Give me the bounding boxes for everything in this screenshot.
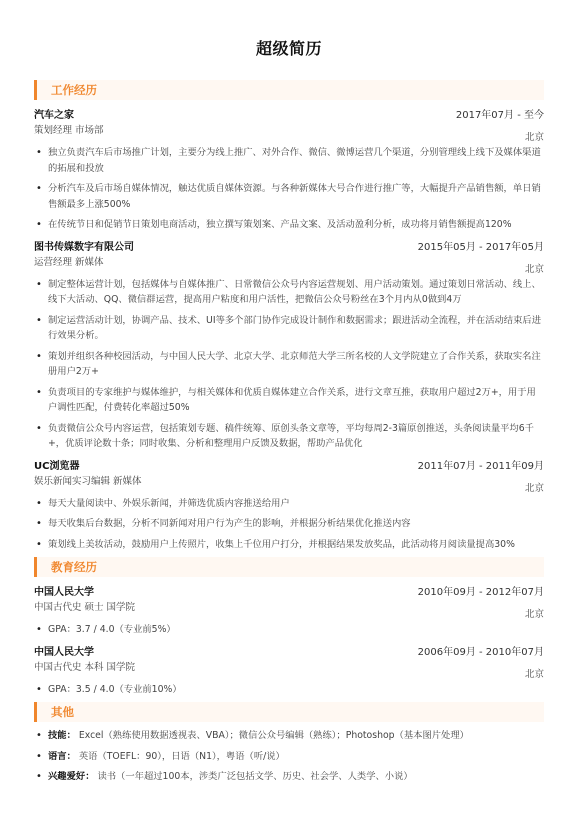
- school-name: 中国人民大学: [34, 643, 94, 658]
- other-list: 技能： Excel（熟练使用数据透视表、VBA）；微信公众号编辑（熟练）；Pho…: [34, 728, 544, 785]
- date-range: 2011年07月 - 2011年09月: [418, 457, 544, 472]
- bullet-item: 制定运营活动计划，协调产品、技术、UI等多个部门协作完成设计制作和数据需求；跟进…: [34, 313, 544, 344]
- work-entry: 汽车之家 2017年07月 - 至今 策划经理 市场部 北京 独立负责汽车后市场…: [34, 106, 544, 233]
- education-entry: 中国人民大学 2006年09月 - 2010年07月 中国古代史 本科 国学院 …: [34, 643, 544, 698]
- hobbies-item: 兴趣爱好： 读书（一年超过100本，涉类广泛包括文学、历史、社会学、人类学、小说…: [34, 769, 544, 785]
- section-title-education: 教育经历: [51, 559, 97, 575]
- item-label: 兴趣爱好：: [48, 771, 95, 782]
- job-role: 娱乐新闻实习编辑 新媒体: [34, 473, 142, 487]
- item-label: 技能：: [48, 730, 76, 741]
- education-entry: 中国人民大学 2010年09月 - 2012年07月 中国古代史 硕士 国学院 …: [34, 583, 544, 638]
- job-role: 运营经理 新媒体: [34, 254, 104, 268]
- bullet-item: GPA：3.7 / 4.0（专业前5%）: [34, 622, 544, 638]
- resume-page: 超级简历 工作经历 汽车之家 2017年07月 - 至今 策划经理 市场部 北京…: [0, 0, 580, 830]
- bullet-item: 负责微信公众号内容运营，包括策划专题、稿件统筹、原创头条文章等，平均每周2-3篇…: [34, 421, 544, 452]
- work-entry: UC浏览器 2011年07月 - 2011年09月 娱乐新闻实习编辑 新媒体 北…: [34, 457, 544, 553]
- section-header-education: 教育经历: [34, 557, 544, 577]
- date-range: 2017年07月 - 至今: [456, 106, 544, 121]
- degree: 中国古代史 硕士 国学院: [34, 599, 135, 613]
- resume-title: 超级简历: [34, 0, 544, 80]
- bullet-item: 每天收集后台数据，分析不同新闻对用户行为产生的影响，并根据分析结果优化推送内容: [34, 516, 544, 532]
- bullet-item: 每天大量阅读中、外娱乐新闻，并筛选优质内容推送给用户: [34, 496, 544, 512]
- bullet-item: 策划并组织各种校园活动，与中国人民大学、北京大学、北京师范大学三所名校的人文学院…: [34, 349, 544, 380]
- work-entry: 图书传媒数字有限公司 2015年05月 - 2017年05月 运营经理 新媒体 …: [34, 238, 544, 452]
- item-text: 英语（TOEFL：90），日语（N1），粤语（听/说）: [76, 751, 285, 762]
- section-header-work: 工作经历: [34, 80, 544, 100]
- bullet-list: GPA：3.7 / 4.0（专业前5%）: [34, 622, 544, 638]
- bullet-item: 负责项目的专家维护与媒体维护，与相关媒体和优质自媒体建立合作关系，进行文章互推，…: [34, 385, 544, 416]
- bullet-list: 每天大量阅读中、外娱乐新闻，并筛选优质内容推送给用户 每天收集后台数据，分析不同…: [34, 496, 544, 553]
- city: 北京: [525, 666, 544, 680]
- company-name: 图书传媒数字有限公司: [34, 238, 134, 253]
- city: 北京: [525, 129, 544, 143]
- city: 北京: [525, 261, 544, 275]
- date-range: 2006年09月 - 2010年07月: [418, 643, 544, 658]
- date-range: 2010年09月 - 2012年07月: [418, 583, 544, 598]
- item-text: Excel（熟练使用数据透视表、VBA）；微信公众号编辑（熟练）；Photosh…: [76, 730, 469, 741]
- language-item: 语言： 英语（TOEFL：90），日语（N1），粤语（听/说）: [34, 749, 544, 765]
- bullet-item: GPA：3.5 / 4.0（专业前10%）: [34, 682, 544, 698]
- bullet-item: 分析汽车及后市场自媒体情况，触达优质自媒体资源。与各种新媒体大号合作进行推广等，…: [34, 181, 544, 212]
- bullet-list: 独立负责汽车后市场推广计划，主要分为线上推广、对外合作、微信、微博运营几个渠道，…: [34, 145, 544, 233]
- job-role: 策划经理 市场部: [34, 122, 104, 136]
- skills-item: 技能： Excel（熟练使用数据透视表、VBA）；微信公众号编辑（熟练）；Pho…: [34, 728, 544, 744]
- section-title-work: 工作经历: [51, 82, 97, 98]
- bullet-item: 在传统节日和促销节日策划电商活动，独立撰写策划案、产品文案、及活动盈利分析，成功…: [34, 217, 544, 233]
- company-name: UC浏览器: [34, 457, 79, 472]
- bullet-item: 独立负责汽车后市场推广计划，主要分为线上推广、对外合作、微信、微博运营几个渠道，…: [34, 145, 544, 176]
- bullet-item: 策划线上美妆活动，鼓励用户上传照片，收集上千位用户打分，并根据结果发放奖品，此活…: [34, 537, 544, 553]
- school-name: 中国人民大学: [34, 583, 94, 598]
- city: 北京: [525, 480, 544, 494]
- section-title-other: 其他: [51, 704, 74, 720]
- bullet-list: 制定整体运营计划，包括媒体与自媒体推广、日常微信公众号内容运营规划、用户活动策划…: [34, 277, 544, 452]
- bullet-list: GPA：3.5 / 4.0（专业前10%）: [34, 682, 544, 698]
- date-range: 2015年05月 - 2017年05月: [418, 238, 544, 253]
- section-header-other: 其他: [34, 702, 544, 722]
- bullet-item: 制定整体运营计划，包括媒体与自媒体推广、日常微信公众号内容运营规划、用户活动策划…: [34, 277, 544, 308]
- city: 北京: [525, 606, 544, 620]
- item-text: 读书（一年超过100本，涉类广泛包括文学、历史、社会学、人类学、小说）: [95, 771, 413, 782]
- company-name: 汽车之家: [34, 106, 74, 121]
- item-label: 语言：: [48, 751, 76, 762]
- degree: 中国古代史 本科 国学院: [34, 659, 135, 673]
